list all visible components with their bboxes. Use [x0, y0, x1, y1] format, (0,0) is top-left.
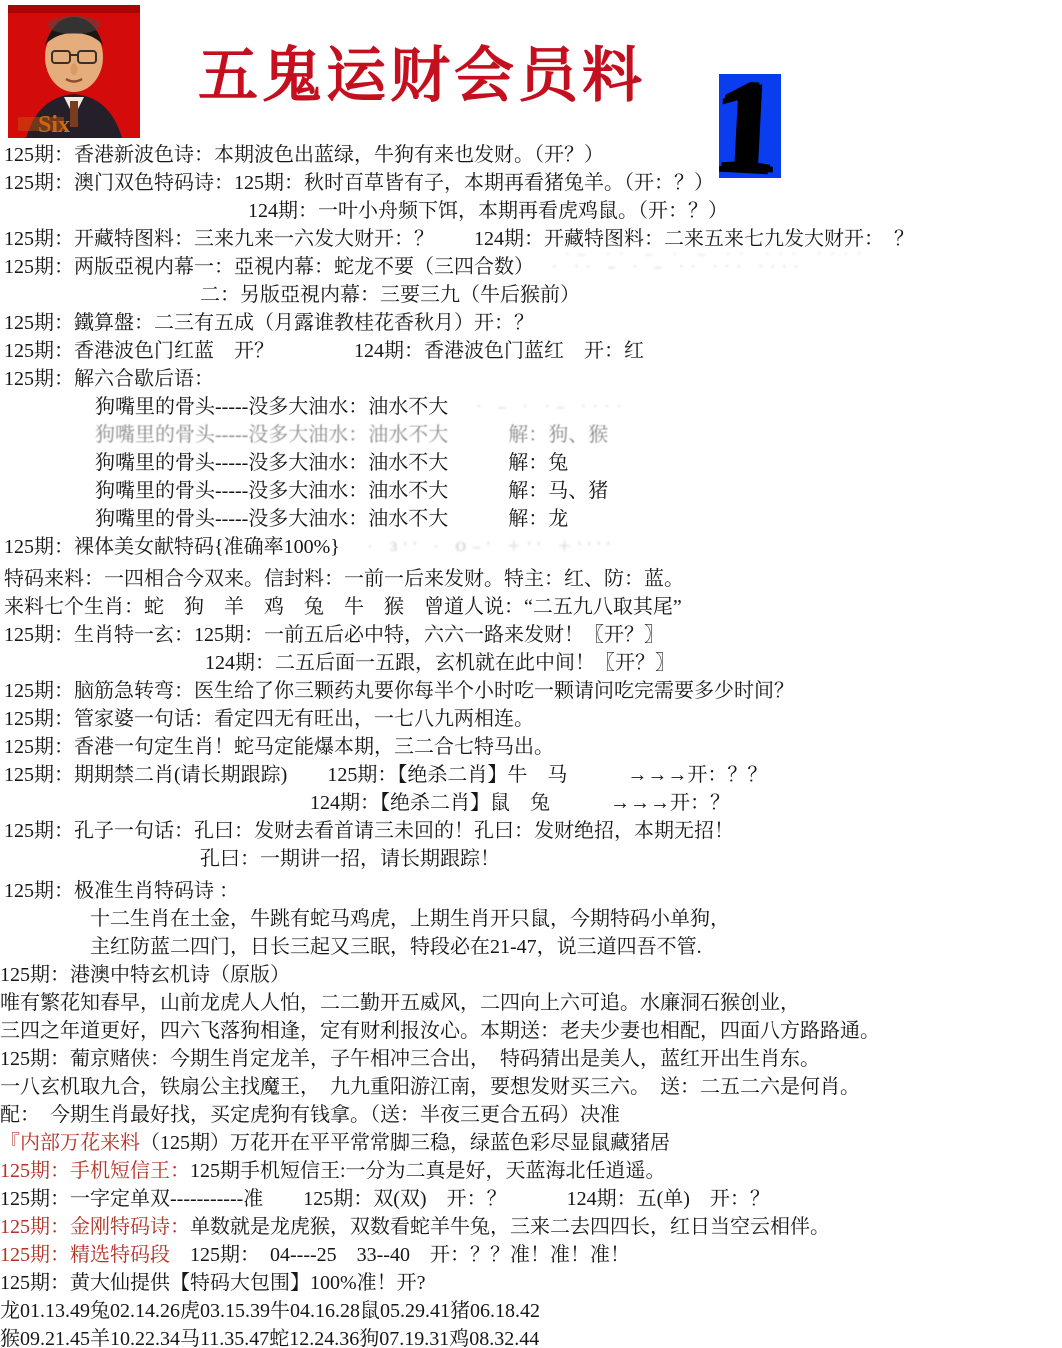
text-line: 孔曰：一期讲一招，请长期跟踪！ [200, 845, 1062, 873]
tip-lines: 125期：香港新波色诗：本期波色出蓝绿，牛狗有来也发财。（开？） 125期：澳门… [0, 141, 1062, 1348]
text-line: 一八玄机取九合，铁扇公主找魔王， 九九重阳游江南，要想发财买三六。 送：二五二六… [0, 1073, 1062, 1101]
text-line: 125期：香港新波色诗：本期波色出蓝绿，牛狗有来也发财。（开？） [4, 141, 1062, 169]
text-line: 狗嘴里的骨头-----没多大油水：油水不大 解：狗、猴 [95, 421, 1062, 449]
text-line: 124期：【绝杀二肖】鼠 兔 →→→开：？ [310, 789, 1062, 817]
text-line: 125期：香港波色门红蓝 开？ 124期：香港波色门蓝红 开：红 [4, 337, 1062, 365]
text-line: 125期：两版亞視内幕一：亞視内幕：蛇龙不要（三四合数）· ·· – · – ·… [4, 253, 1062, 281]
red-label: 125期：金刚特码诗： [0, 1216, 190, 1238]
text-line: 125期：香港一句定生肖！蛇马定能爆本期，三二合七特马出。 [4, 733, 1062, 761]
text-line: 125期：管家婆一句话：看定四无有旺出，一七八九两相连。 [4, 705, 1062, 733]
text-line: 125期：开藏特图料：三来九来一六发大财开：？ 124期：开藏特图料：二来五来七… [4, 225, 1062, 253]
text-line: 124期：一叶小舟频下饵，本期再看虎鸡鼠。（开：？） [248, 197, 1062, 225]
blurred-text: · ·· – · – ·· ··· ···· [552, 260, 805, 275]
text-line: 124期：二五后面一五跟，玄机就在此中间！〖开？〗 [205, 649, 1062, 677]
red-label: 『内部万花来料 [0, 1132, 140, 1154]
text-line: 狗嘴里的骨头-----没多大油水：油水不大 解：马、猪 [95, 477, 1062, 505]
text-line: 125期：一字定单双-----------准 125期：双(双) 开：？ 124… [0, 1185, 1062, 1213]
text-line: 唯有繁花知春早，山前龙虎人人怕，二二勤开五威风，二四向上六可追。水廉洞石猴创业， [0, 989, 1062, 1017]
portrait-photo: Six [8, 5, 140, 138]
text-line: 主红防蓝二四门，日长三起又三眠，特段必在21-47，说三道四吾不管. [90, 933, 1062, 961]
text-line: 『内部万花来料（125期）万花开在平平常常脚三稳，绿蓝色彩尽显鼠藏猪居 [0, 1129, 1062, 1157]
text-line: 来料七个生肖：蛇 狗 羊 鸡 兔 牛 猴 曾道人说：“二五九八取其尾” [4, 593, 1062, 621]
text-line: 125期：精选特码段 125期： 04----25 33--40 开：？？准！准… [0, 1241, 1062, 1269]
text-line: 125期：澳门双色特码诗：125期：秋时百草皆有子，本期再看猪兔羊。（开：？） [4, 169, 1062, 197]
text-line: 125期：鐵算盤：二三有五成（月露谁教桂花香秋月）开：？ [4, 309, 1062, 337]
zodiac-numbers-line: 龙01.13.49兔02.14.26虎03.15.39牛04.16.28鼠05.… [0, 1297, 1062, 1325]
text-line: 125期：期期禁二肖(请长期跟踪) 125期：【绝杀二肖】牛 马 →→→开：？？ [4, 761, 1062, 789]
blurred-text: · – · ·– ···· [476, 400, 628, 415]
tip-sheet-page: Six 五鬼运财会员料 1 ·– ·· – · – ·· ··· ···· 12… [0, 0, 1062, 1348]
red-label: 125期：精选特码段 [0, 1244, 170, 1266]
blurred-text: · 3'' · O–' ＋'' ＋'''' [368, 540, 617, 555]
text-line: 狗嘴里的骨头-----没多大油水：油水不大 解：龙 [95, 505, 1062, 533]
text-line: 二：另版亞視内幕：三要三九（牛后猴前） [200, 281, 1062, 309]
text-line: 125期：孔子一句话：孔曰：发财去看首请三未回的！孔曰：发财绝招，本期无招！ [4, 817, 1062, 845]
text-line: 狗嘴里的骨头-----没多大油水：油水不大 解：兔 [95, 449, 1062, 477]
text-line: 三四之年道更好，四六飞落狗相逢，定有财利报汝心。本期送：老夫少妻也相配，四面八方… [0, 1017, 1062, 1045]
red-label: 125期：手机短信王： [0, 1160, 190, 1182]
text-line: 125期：生肖特一玄：125期：一前五后必中特，六六一路来发财！〖开？〗 [4, 621, 1062, 649]
text-line: 十二生肖在土金，牛跳有蛇马鸡虎，上期生肖开只鼠，今期特码小单狗， [90, 905, 1062, 933]
text-line: 配： 今期生肖最好找，买定虎狗有钱拿。（送：半夜三更合五码）决准 [0, 1101, 1062, 1129]
text-line: 125期：手机短信王：125期手机短信王:一分为二真是好，天蓝海北任逍遥。 [0, 1157, 1062, 1185]
text-line: 125期：黄大仙提供【特码大包围】100%准！开? [0, 1269, 1062, 1297]
page-title: 五鬼运财会员料 [198, 28, 646, 114]
text-line: 125期：葡京赌侠：今期生肖定龙羊，子午相冲三合出， 特码猜出是美人，蓝红开出生… [0, 1045, 1062, 1073]
text-line: 特码来料：一四相合今双来。信封料：一前一后来发财。特主：红、防：蓝。 [4, 565, 1062, 593]
portrait-illustration: Six [8, 5, 140, 138]
text-line: 125期：脑筋急转弯：医生给了你三颗药丸要你每半个小时吃一颗请问吃完需要多少时间… [4, 677, 1062, 705]
text-line: 125期：裸体美女献特码{准确率100%}· 3'' · O–' ＋'' ＋''… [4, 533, 1062, 561]
text-line: 125期：港澳中特玄机诗（原版） [0, 961, 1062, 989]
text-line: 狗嘴里的骨头-----没多大油水：油水不大· – · ·– ···· [95, 393, 1062, 421]
text-line: 125期：极准生肖特码诗 ： [4, 877, 1062, 905]
text-line: 125期：金刚特码诗：单数就是龙虎猴，双数看蛇羊牛兔，三来二去四四长，红日当空云… [0, 1213, 1062, 1241]
text-line: 125期：解六合歇后语： [4, 365, 1062, 393]
zodiac-numbers-line: 猴09.21.45羊10.22.34马11.35.47蛇12.24.36狗07.… [0, 1325, 1062, 1348]
